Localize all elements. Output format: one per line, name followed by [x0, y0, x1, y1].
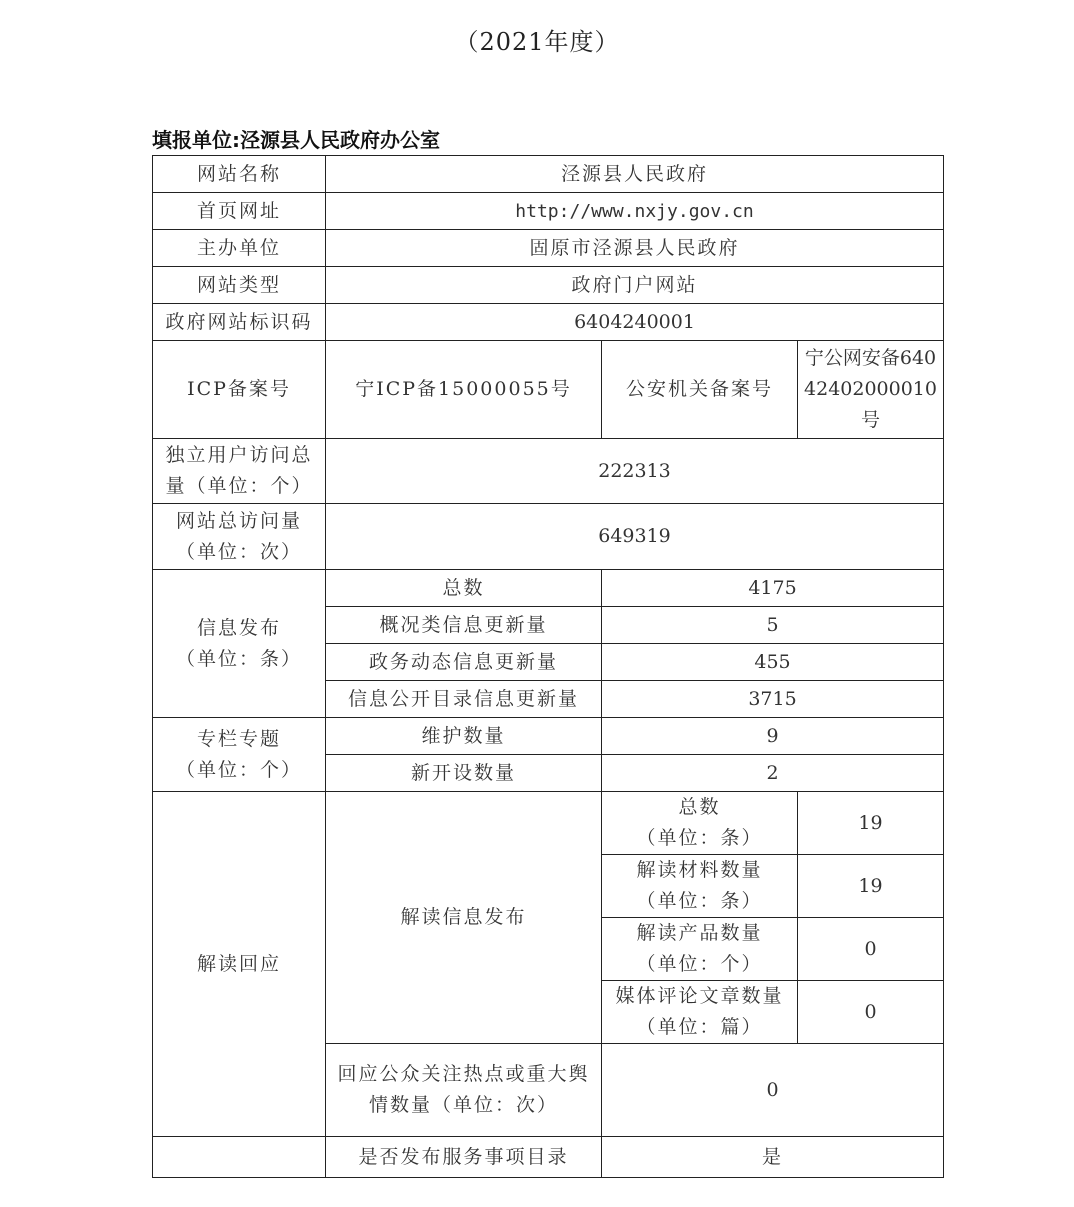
table-row: 信息发布 （单位：条） 总数 4175: [153, 570, 944, 607]
police-record-value: 宁公网安备64042402000010号: [798, 341, 944, 439]
site-id-label: 政府网站标识码: [153, 304, 326, 341]
service-catalog-value: 是: [602, 1137, 944, 1178]
disclosure-update-value: 3715: [602, 681, 944, 718]
table-row: 解读回应 解读信息发布 总数 （单位：条） 19: [153, 792, 944, 855]
overview-update-value: 5: [602, 607, 944, 644]
overview-update-label: 概况类信息更新量: [326, 607, 602, 644]
table-row: 专栏专题 （单位：个） 维护数量 9: [153, 718, 944, 755]
interp-total-value: 19: [798, 792, 944, 855]
police-record-label: 公安机关备案号: [602, 341, 798, 439]
interp-product-value: 0: [798, 918, 944, 981]
site-name-value: 泾源县人民政府: [326, 156, 944, 193]
disclosure-update-label: 信息公开目录信息更新量: [326, 681, 602, 718]
table-row: 网站名称 泾源县人民政府: [153, 156, 944, 193]
table-row: 是否发布服务事项目录 是: [153, 1137, 944, 1178]
columns-label: 专栏专题 （单位：个）: [153, 718, 326, 792]
table-row: 网站总访问量（单位：次） 649319: [153, 504, 944, 570]
info-total-value: 4175: [602, 570, 944, 607]
columns-maintained-label: 维护数量: [326, 718, 602, 755]
columns-unit: （单位：个）: [157, 755, 321, 786]
interp-total-label: 总数 （单位：条）: [602, 792, 798, 855]
info-release-unit: （单位：条）: [157, 644, 321, 675]
interp-material-value: 19: [798, 855, 944, 918]
website-report-table: 网站名称 泾源县人民政府 首页网址 http://www.nxjy.gov.cn…: [152, 155, 944, 1178]
site-id-value: 6404240001: [326, 304, 944, 341]
homepage-value: http://www.nxjy.gov.cn: [326, 193, 944, 230]
table-row: 独立用户访问总量（单位：个） 222313: [153, 439, 944, 504]
columns-new-label: 新开设数量: [326, 755, 602, 792]
interp-product-label: 解读产品数量 （单位：个）: [602, 918, 798, 981]
public-response-label: 回应公众关注热点或重大舆情数量（单位：次）: [326, 1044, 602, 1137]
interp-material-label: 解读材料数量 （单位：条）: [602, 855, 798, 918]
gov-news-update-value: 455: [602, 644, 944, 681]
gov-news-update-label: 政务动态信息更新量: [326, 644, 602, 681]
site-type-label: 网站类型: [153, 267, 326, 304]
interp-total-unit: （单位：条）: [606, 823, 793, 854]
columns-title: 专栏专题: [157, 724, 321, 755]
columns-maintained-value: 9: [602, 718, 944, 755]
site-type-value: 政府门户网站: [326, 267, 944, 304]
empty-cell: [153, 1137, 326, 1178]
interpretation-release-label: 解读信息发布: [326, 792, 602, 1044]
sponsor-label: 主办单位: [153, 230, 326, 267]
media-article-title: 媒体评论文章数量: [606, 981, 793, 1012]
sponsor-value: 固原市泾源县人民政府: [326, 230, 944, 267]
homepage-label: 首页网址: [153, 193, 326, 230]
table-row: 首页网址 http://www.nxjy.gov.cn: [153, 193, 944, 230]
interp-product-unit: （单位：个）: [606, 949, 793, 980]
service-catalog-label: 是否发布服务事项目录: [326, 1137, 602, 1178]
reporting-unit: 填报单位:泾源县人民政府办公室: [152, 124, 440, 153]
total-visits-label: 网站总访问量（单位：次）: [153, 504, 326, 570]
interp-total-title: 总数: [606, 792, 793, 823]
total-visits-value: 649319: [326, 504, 944, 570]
media-article-unit: （单位：篇）: [606, 1012, 793, 1043]
icp-value: 宁ICP备15000055号: [326, 341, 602, 439]
info-release-label: 信息发布 （单位：条）: [153, 570, 326, 718]
info-total-label: 总数: [326, 570, 602, 607]
interp-product-title: 解读产品数量: [606, 918, 793, 949]
public-response-value: 0: [602, 1044, 944, 1137]
unique-visitors-label: 独立用户访问总量（单位：个）: [153, 439, 326, 504]
site-name-label: 网站名称: [153, 156, 326, 193]
table-row: ICP备案号 宁ICP备15000055号 公安机关备案号 宁公网安备64042…: [153, 341, 944, 439]
media-article-label: 媒体评论文章数量 （单位：篇）: [602, 981, 798, 1044]
report-year-title: （2021年度）: [0, 22, 1074, 57]
interpretation-label: 解读回应: [153, 792, 326, 1137]
table-row: 政府网站标识码 6404240001: [153, 304, 944, 341]
interp-material-unit: （单位：条）: [606, 886, 793, 917]
interp-material-title: 解读材料数量: [606, 855, 793, 886]
icp-label: ICP备案号: [153, 341, 326, 439]
table-row: 网站类型 政府门户网站: [153, 267, 944, 304]
columns-new-value: 2: [602, 755, 944, 792]
table-row: 主办单位 固原市泾源县人民政府: [153, 230, 944, 267]
media-article-value: 0: [798, 981, 944, 1044]
unique-visitors-value: 222313: [326, 439, 944, 504]
info-release-title: 信息发布: [157, 613, 321, 644]
